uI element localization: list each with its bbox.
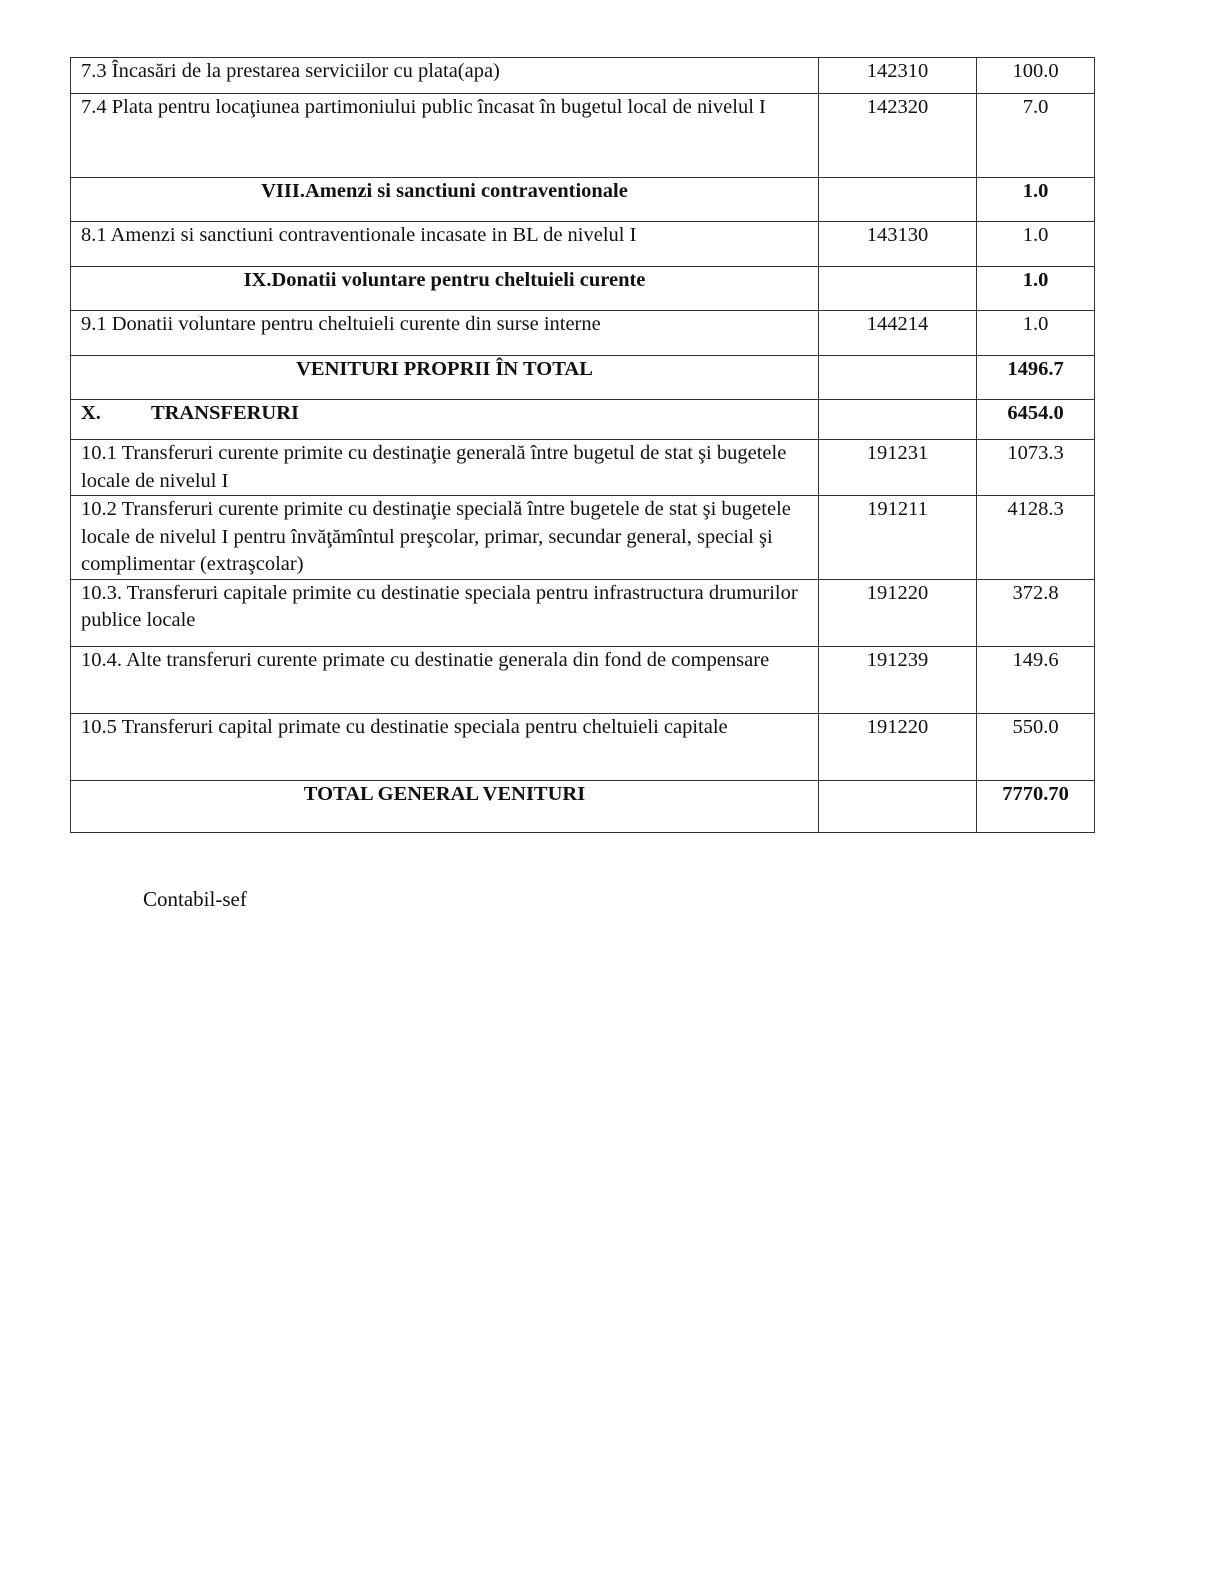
- row-value: 4128.3: [977, 496, 1095, 580]
- row-code: 191231: [819, 440, 977, 496]
- section-row: VIII.Amenzi si sanctiuni contraventional…: [71, 178, 1095, 222]
- row-value: 7.0: [977, 94, 1095, 178]
- row-code: 191220: [819, 579, 977, 646]
- table-row: 10.3. Transferuri capitale primite cu de…: [71, 579, 1095, 646]
- grand-total-value: 7770.70: [977, 780, 1095, 832]
- table-row: 10.5 Transferuri capital primate cu dest…: [71, 713, 1095, 780]
- section-roman-numeral: X.: [81, 402, 101, 424]
- row-description: 10.1 Transferuri curente primite cu dest…: [71, 440, 819, 496]
- table-row: 9.1 Donatii voluntare pentru cheltuieli …: [71, 311, 1095, 356]
- row-code: 191239: [819, 646, 977, 713]
- table-row: 10.2 Transferuri curente primite cu dest…: [71, 496, 1095, 580]
- row-description: 10.3. Transferuri capitale primite cu de…: [71, 579, 819, 646]
- row-description: 10.4. Alte transferuri curente primate c…: [71, 646, 819, 713]
- table-row: 7.3 Încasări de la prestarea serviciilor…: [71, 58, 1095, 94]
- grand-total-title: TOTAL GENERAL VENITURI: [71, 780, 819, 832]
- row-code: 191220: [819, 713, 977, 780]
- row-code: [819, 400, 977, 440]
- table-row: 10.1 Transferuri curente primite cu dest…: [71, 440, 1095, 496]
- row-description: 8.1 Amenzi si sanctiuni contraventionale…: [71, 222, 819, 267]
- row-description: 10.2 Transferuri curente primite cu dest…: [71, 496, 819, 580]
- table-row: 7.4 Plata pentru locaţiunea partimoniulu…: [71, 94, 1095, 178]
- section-value: 1.0: [977, 267, 1095, 311]
- section-name: TRANSFERURI: [151, 402, 299, 424]
- section-value: 1.0: [977, 178, 1095, 222]
- row-description: 10.5 Transferuri capital primate cu dest…: [71, 713, 819, 780]
- section-row: X.TRANSFERURI 6454.0: [71, 400, 1095, 440]
- section-row: IX.Donatii voluntare pentru cheltuieli c…: [71, 267, 1095, 311]
- row-description: 7.3 Încasări de la prestarea serviciilor…: [71, 58, 819, 94]
- row-code: 143130: [819, 222, 977, 267]
- row-value: 1.0: [977, 222, 1095, 267]
- row-value: 550.0: [977, 713, 1095, 780]
- row-code: [819, 356, 977, 400]
- row-value: 372.8: [977, 579, 1095, 646]
- revenue-table: 7.3 Încasări de la prestarea serviciilor…: [70, 57, 1095, 833]
- row-value: 100.0: [977, 58, 1095, 94]
- total-row: VENITURI PROPRII ÎN TOTAL 1496.7: [71, 356, 1095, 400]
- row-code: [819, 267, 977, 311]
- row-code: 144214: [819, 311, 977, 356]
- signature-label: Contabil-sef: [143, 887, 247, 912]
- section-title: IX.Donatii voluntare pentru cheltuieli c…: [71, 267, 819, 311]
- row-description: 7.4 Plata pentru locaţiunea partimoniulu…: [71, 94, 819, 178]
- total-value: 1496.7: [977, 356, 1095, 400]
- row-code: 142320: [819, 94, 977, 178]
- grand-total-row: TOTAL GENERAL VENITURI 7770.70: [71, 780, 1095, 832]
- row-code: 142310: [819, 58, 977, 94]
- section-title: X.TRANSFERURI: [71, 400, 819, 440]
- table-row: 8.1 Amenzi si sanctiuni contraventionale…: [71, 222, 1095, 267]
- table-row: 10.4. Alte transferuri curente primate c…: [71, 646, 1095, 713]
- row-description: 9.1 Donatii voluntare pentru cheltuieli …: [71, 311, 819, 356]
- row-value: 1.0: [977, 311, 1095, 356]
- section-title: VIII.Amenzi si sanctiuni contraventional…: [71, 178, 819, 222]
- section-value: 6454.0: [977, 400, 1095, 440]
- row-code: 191211: [819, 496, 977, 580]
- row-value: 1073.3: [977, 440, 1095, 496]
- row-code: [819, 780, 977, 832]
- row-value: 149.6: [977, 646, 1095, 713]
- row-code: [819, 178, 977, 222]
- total-title: VENITURI PROPRII ÎN TOTAL: [71, 356, 819, 400]
